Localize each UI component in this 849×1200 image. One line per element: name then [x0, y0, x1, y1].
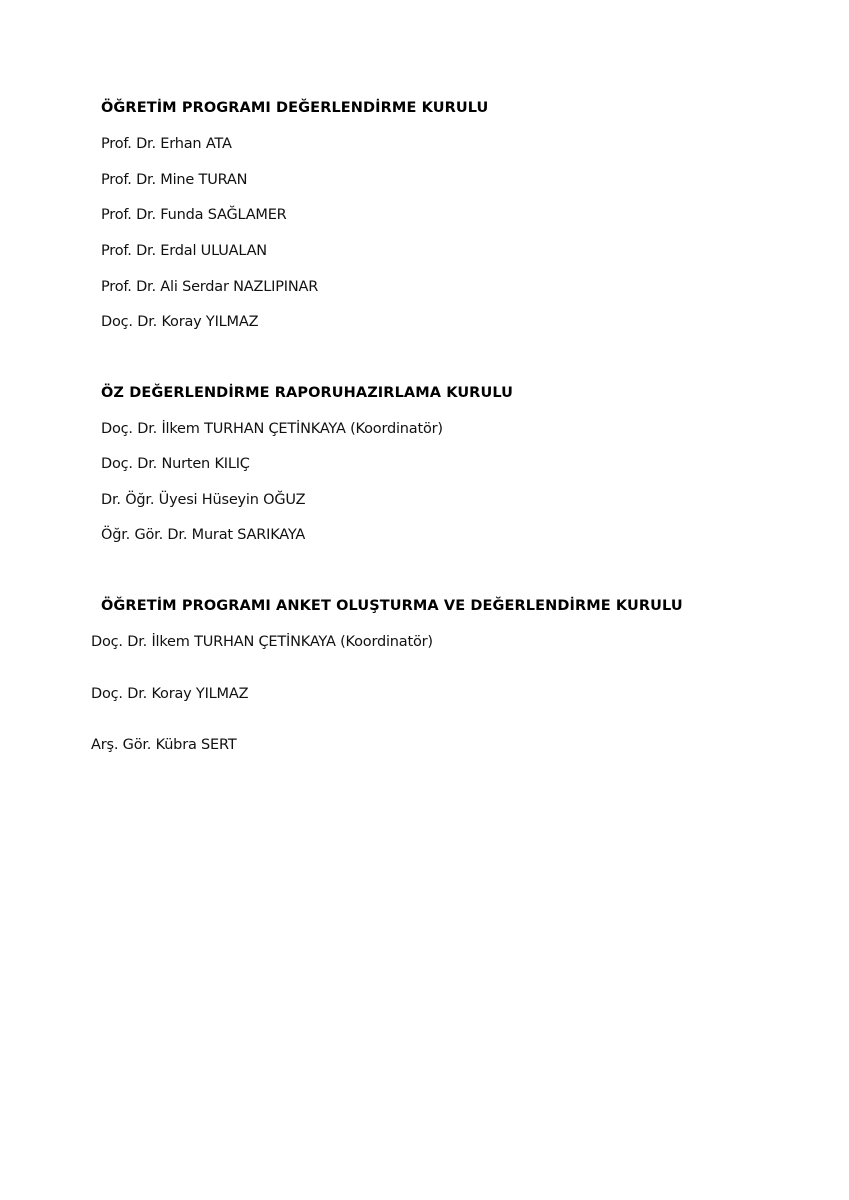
member-name: Doç. Dr. İlkem TURHAN ÇETİNKAYA (Koordin… — [101, 421, 443, 437]
member-name: Doç. Dr. Koray YILMAZ — [91, 686, 248, 702]
member-name: Arş. Gör. Kübra SERT — [91, 737, 237, 753]
member-name: Öğr. Gör. Dr. Murat SARIKAYA — [101, 527, 305, 543]
member-name: Doç. Dr. Nurten KILIÇ — [101, 456, 250, 472]
member-name: Dr. Öğr. Üyesi Hüseyin OĞUZ — [101, 492, 305, 508]
member-name: Prof. Dr. Erdal ULUALAN — [101, 243, 267, 259]
section-heading: ÖZ DEĞERLENDİRME RAPORUHAZIRLAMA KURULU — [101, 385, 513, 401]
member-name: Prof. Dr. Mine TURAN — [101, 172, 247, 188]
section-heading: ÖĞRETİM PROGRAMI ANKET OLUŞTURMA VE DEĞE… — [101, 598, 683, 614]
member-name: Doç. Dr. İlkem TURHAN ÇETİNKAYA (Koordin… — [91, 634, 433, 650]
member-name: Prof. Dr. Funda SAĞLAMER — [101, 207, 287, 223]
member-name: Prof. Dr. Ali Serdar NAZLIPINAR — [101, 279, 318, 295]
section-heading: ÖĞRETİM PROGRAMI DEĞERLENDİRME KURULU — [101, 100, 488, 116]
member-name: Doç. Dr. Koray YILMAZ — [101, 314, 258, 330]
member-name: Prof. Dr. Erhan ATA — [101, 136, 232, 152]
